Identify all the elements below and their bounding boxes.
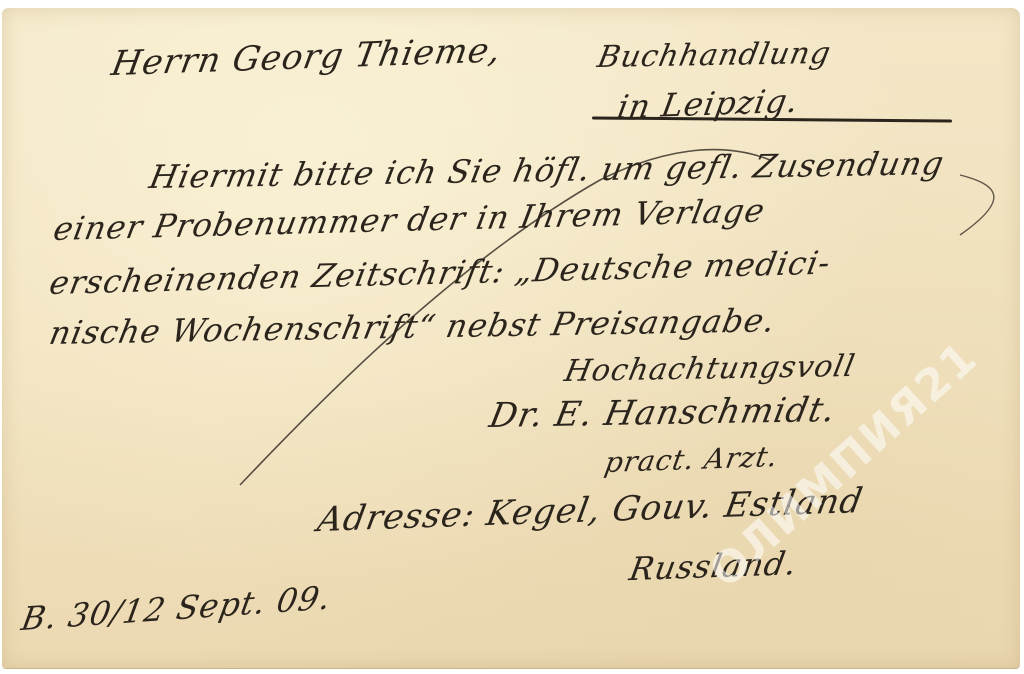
recipient-business: Buchhandlung (595, 36, 834, 75)
salutation: Hochachtungsvoll (562, 349, 859, 389)
signer-title: pract. Arzt. (602, 440, 781, 479)
signature: Dr. E. Hanschmidt. (486, 390, 839, 436)
